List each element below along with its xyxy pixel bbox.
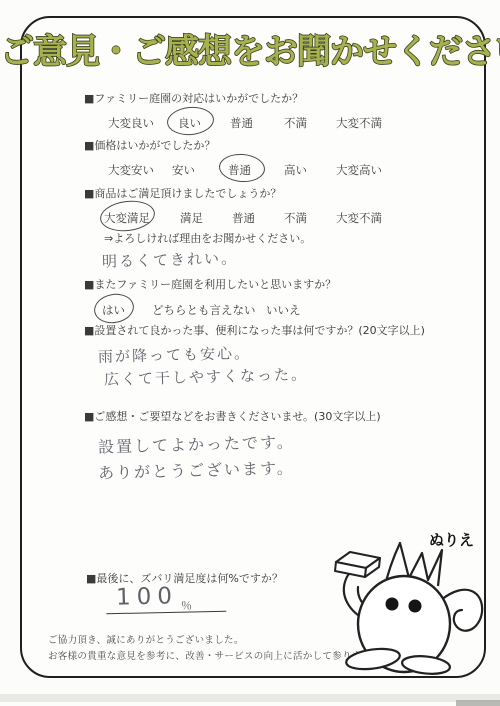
question-1-heading: ■ファミリー庭園の対応はいかがでしたか？: [84, 92, 303, 105]
question-3-option: 大変不満: [336, 210, 382, 226]
mascot-label: ぬりえ: [429, 531, 474, 549]
question-5-heading: ■設置されて良かった事、便利になった事は何ですか？(20文字以上): [84, 324, 425, 337]
scan-artifact-chip: [456, 700, 500, 706]
score-underline: [106, 583, 227, 615]
footer-thanks-line: ご協力頂き、誠にありがとうございました。: [48, 632, 244, 646]
mascot-eye: [409, 600, 422, 613]
question-1-option: 大変良い: [108, 115, 154, 131]
question-2-option: 大変高い: [336, 162, 382, 178]
question-2-heading: ■価格はいかがでしたか？: [84, 139, 215, 152]
question-2-option: 大変安い: [108, 162, 154, 178]
handwritten-answer-reason: 明るくてきれい。: [102, 247, 239, 272]
question-3-option: 不満: [284, 210, 307, 226]
question-3-heading: ■商品はご満足頂けましたでしょうか？: [84, 187, 281, 200]
question-6-heading: ■ご感想・ご要望などをお書きくださいませ。(30文字以上): [84, 410, 381, 423]
handwritten-answer-line: 雨が降っても安心。: [98, 342, 252, 367]
question-4-option: どちらとも言えない: [152, 302, 256, 318]
question-3-option: 普通: [232, 210, 255, 226]
question-1-option: 不満: [284, 115, 307, 131]
scan-artifact-band: [0, 694, 500, 702]
mascot-character-illustration: ぬりえ: [326, 528, 496, 698]
question-1-option: 普通: [230, 115, 253, 131]
question-4-option: いいえ: [266, 302, 301, 318]
question-3-followup: ⇒よろしければ理由をお聞かせください。: [104, 232, 311, 245]
question-3-option: 満足: [180, 210, 203, 226]
page-title: ご意見・ご感想をお聞かせください: [0, 24, 500, 73]
percent-unit-label: ％: [181, 599, 192, 612]
question-2-option: 高い: [284, 162, 307, 178]
brick-block-icon: [335, 552, 380, 577]
question-4-heading: ■またファミリー庭園を利用したいと思いますか？: [84, 278, 336, 291]
survey-scan-page: ご意見・ご感想をお聞かせください ■ファミリー庭園の対応はいかがでしたか？ 大変…: [0, 0, 500, 706]
mascot-eye: [386, 598, 399, 611]
question-2-option: 安い: [172, 162, 195, 178]
question-1-option: 大変不満: [336, 115, 382, 131]
